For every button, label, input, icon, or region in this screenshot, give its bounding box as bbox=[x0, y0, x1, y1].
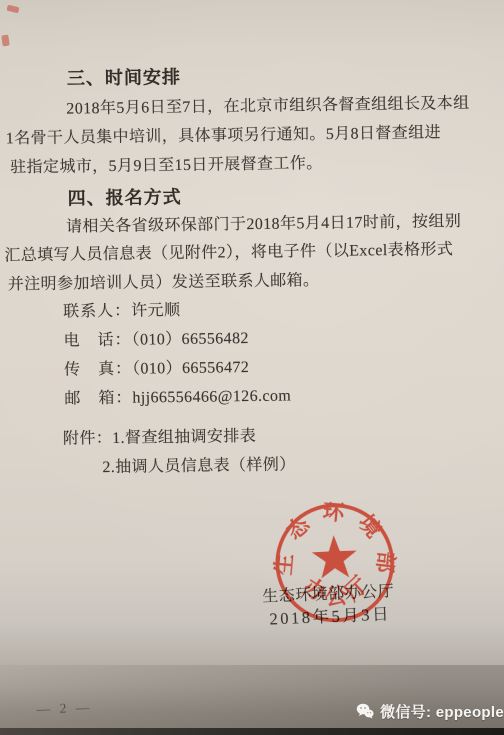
contact-person-label: 联系人： bbox=[63, 303, 131, 321]
attachment-item: 1.督查组抽调安排表 bbox=[112, 428, 256, 447]
section-heading-time: 三、时间安排 bbox=[67, 63, 181, 91]
watermark-label: 微信号: eppeople bbox=[380, 701, 504, 722]
body-line: 请相关各省级环保部门于2018年5月4日17时前，按组别 bbox=[66, 208, 461, 237]
star-icon bbox=[311, 534, 358, 578]
contact-person-value: 许元顺 bbox=[131, 302, 180, 320]
contact-fax-line: 传 真：（010）66556472 bbox=[64, 354, 250, 380]
contact-email-value: hjj66556466@126.com bbox=[132, 387, 291, 406]
body-line: 并注明参加培训人员）发送至联系人邮箱。 bbox=[8, 267, 320, 294]
body-line: 1名骨干人员集中培训，具体事项另行通知。5月8日督查组进 bbox=[6, 119, 441, 148]
contact-phone-value: （010）66556482 bbox=[132, 330, 249, 349]
contact-fax-value: （010）66556472 bbox=[132, 359, 249, 378]
seal-bottom-text: 办公厅 bbox=[298, 568, 377, 611]
wechat-icon bbox=[356, 699, 374, 723]
contact-person-line: 联系人：许元顺 bbox=[63, 297, 181, 322]
body-line: 驻指定城市，5月9日至15日开展督查工作。 bbox=[10, 150, 323, 177]
body-line: 2018年5月6日至7日，在北京市组织各督查组组长及本组 bbox=[66, 90, 469, 119]
body-line: 汇总填写人员信息表（见附件2），将电子件（以Excel表格形式 bbox=[4, 236, 453, 265]
photo-bottom-edge bbox=[0, 728, 504, 735]
contact-email-label: 邮 箱： bbox=[64, 390, 132, 408]
wechat-watermark: 微信号: eppeople bbox=[356, 696, 504, 726]
page-content: 三、时间安排 2018年5月6日至7日，在北京市组织各督查组组长及本组 1名骨干… bbox=[0, 0, 504, 735]
attachment-item: 2.抽调人员信息表（样例） bbox=[102, 451, 296, 477]
seal-graphic: 生态环境部 办公厅 bbox=[250, 478, 420, 648]
page-number: — 2 — bbox=[37, 700, 93, 718]
svg-text:办公厅: 办公厅 bbox=[298, 568, 377, 611]
scanned-document-photo: 三、时间安排 2018年5月6日至7日，在北京市组织各督查组组长及本组 1名骨干… bbox=[0, 0, 504, 735]
contact-phone-label: 电 话： bbox=[63, 332, 131, 350]
attachments-line-1: 附件：1.督查组抽调安排表 bbox=[63, 423, 257, 449]
contact-phone-line: 电 话：（010）66556482 bbox=[63, 325, 249, 351]
official-seal: 生态环境部 办公厅 bbox=[250, 478, 420, 648]
attachments-label: 附件： bbox=[63, 430, 112, 448]
section-heading-registration: 四、报名方式 bbox=[67, 183, 181, 211]
contact-fax-label: 传 真： bbox=[64, 361, 132, 379]
contact-email-line: 邮 箱：hjj66556466@126.com bbox=[64, 382, 291, 408]
